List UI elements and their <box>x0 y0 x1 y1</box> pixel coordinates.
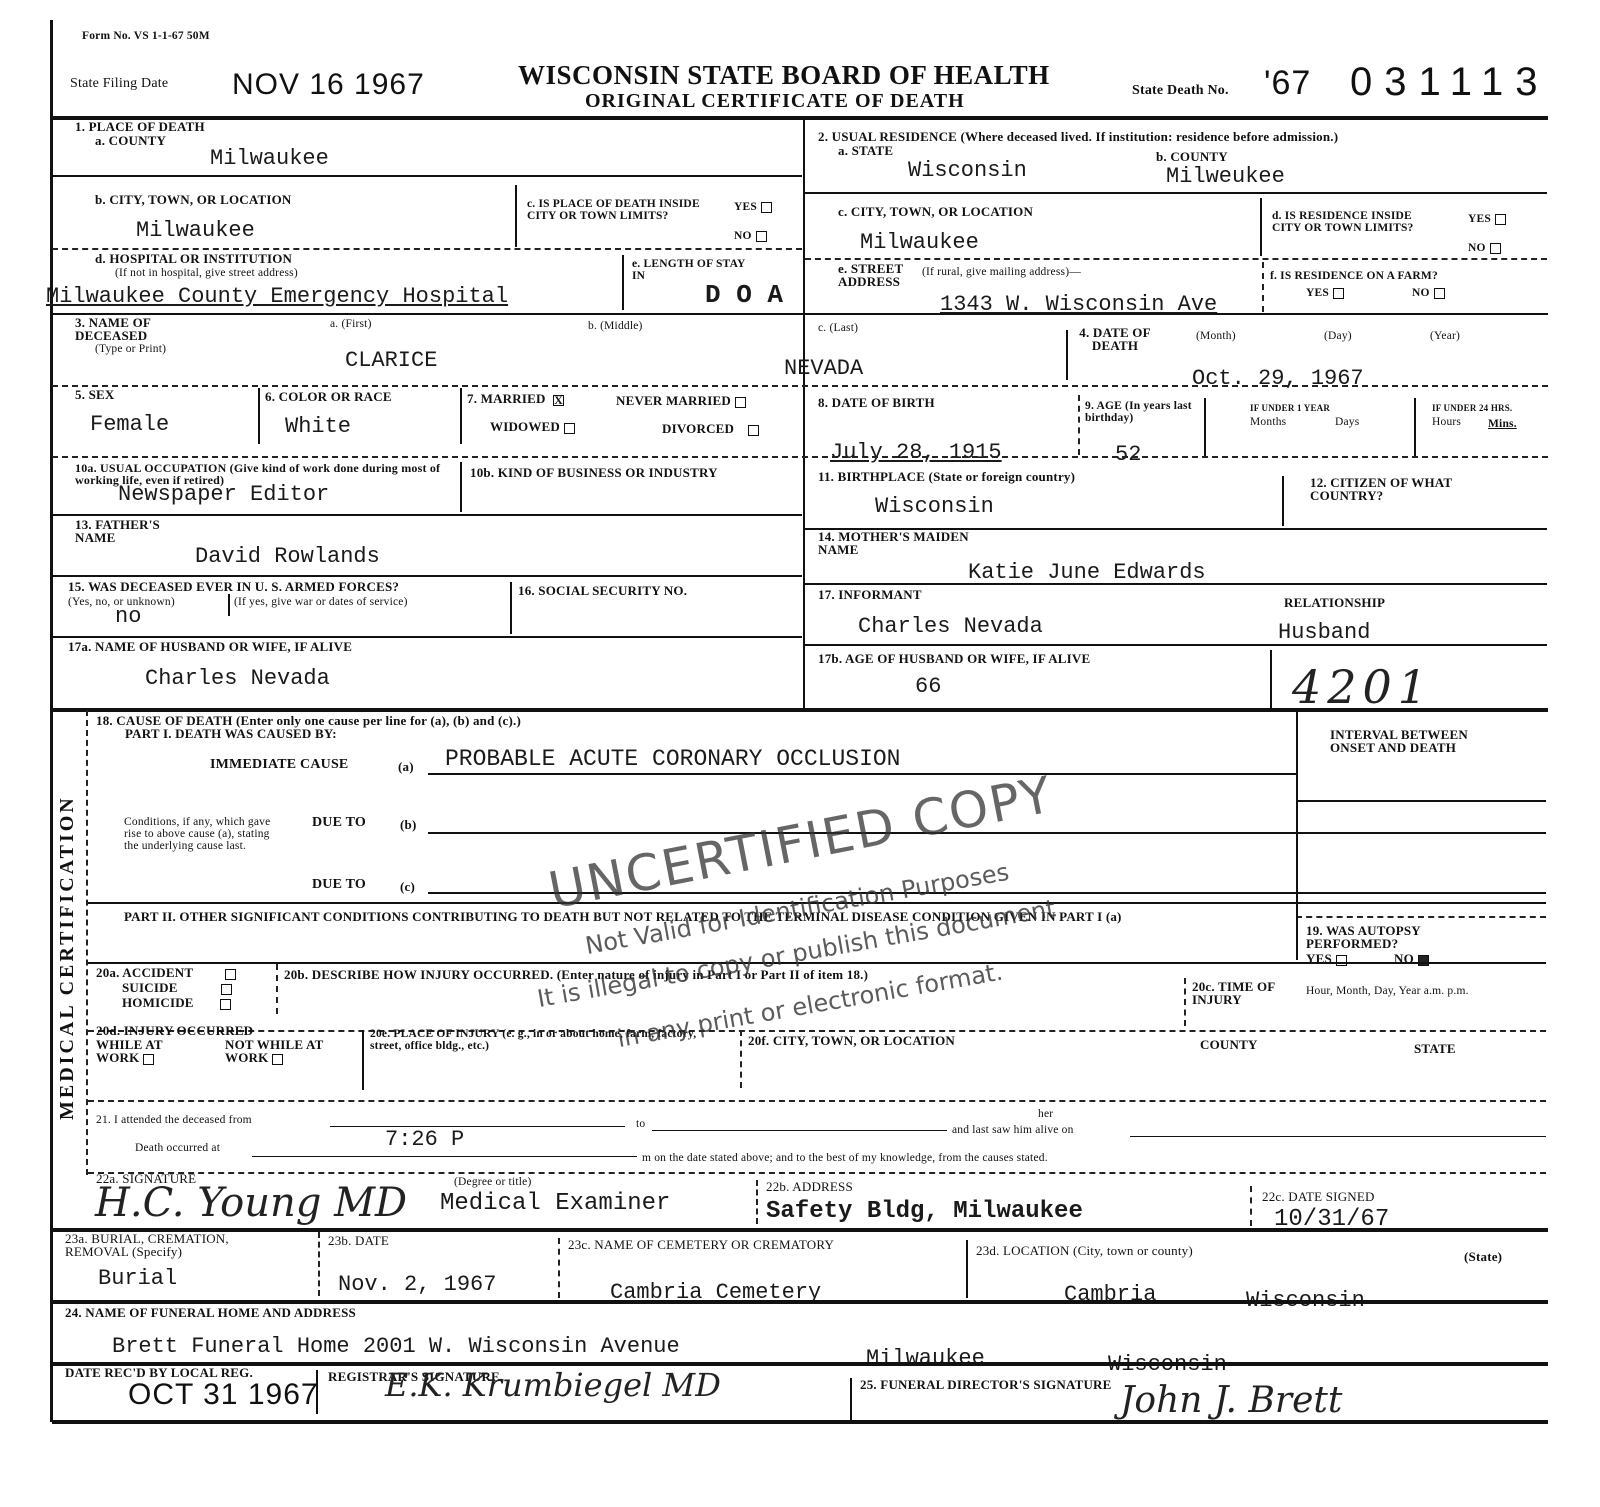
res-inside-yes[interactable]: YES <box>1468 213 1506 225</box>
spouse-age-label: 17b. AGE OF HUSBAND OR WIFE, IF ALIVE <box>818 652 1090 665</box>
dod-label: 4. DATE OF DEATH <box>1070 326 1160 352</box>
divider <box>805 644 1547 646</box>
death-number: 031113 <box>1350 60 1550 105</box>
divider <box>740 1030 742 1088</box>
res-state-value: Wisconsin <box>908 158 1027 183</box>
death-no-year: '67 <box>1264 64 1311 103</box>
immediate-cause-value: PROBABLE ACUTE CORONARY OCCLUSION <box>445 746 900 772</box>
inside-limits-label: c. IS PLACE OF DEATH INSIDE CITY OR TOWN… <box>527 198 712 222</box>
her-text: her <box>1038 1108 1053 1120</box>
dob-label: 8. DATE OF BIRTH <box>818 396 935 409</box>
sex-label: 5. SEX <box>75 388 115 401</box>
suicide-option[interactable]: SUICIDE <box>122 981 232 995</box>
injury-city-label: 20f. CITY, TOWN, OR LOCATION <box>748 1034 955 1047</box>
divider <box>276 964 278 1014</box>
stay-label: e. LENGTH OF STAY IN <box>632 258 752 282</box>
spouse-label: 17a. NAME OF HUSBAND OR WIFE, IF ALIVE <box>68 640 352 653</box>
divider <box>1066 330 1068 380</box>
burial-date-value: Nov. 2, 1967 <box>338 1272 496 1297</box>
farm-yes[interactable]: YES <box>1306 287 1344 299</box>
divider <box>428 773 1296 775</box>
while-at-work-option[interactable]: WHILE AT WORK <box>96 1038 176 1065</box>
funeral-city-value: Milwaukee <box>866 1346 985 1371</box>
divider <box>756 1180 758 1224</box>
divider <box>1296 916 1546 918</box>
place-of-death-label: 1. PLACE OF DEATH <box>75 120 205 133</box>
hours-label: Hours <box>1432 416 1461 428</box>
address-label: 22b. ADDRESS <box>766 1180 853 1193</box>
dob-value: July 28, 1915 <box>830 440 1002 465</box>
divider <box>52 385 1548 387</box>
dod-month-label: (Month) <box>1196 330 1236 342</box>
autopsy-label: 19. WAS AUTOPSY PERFORMED? <box>1306 924 1456 950</box>
injury-time-label: 20c. TIME OF INJURY <box>1192 980 1292 1006</box>
location-state-label: (State) <box>1464 1250 1502 1263</box>
attended-text: 21. I attended the deceased from <box>96 1114 252 1126</box>
funeral-home-value: Brett Funeral Home 2001 W. Wisconsin Ave… <box>112 1334 680 1359</box>
cause-b-label: (b) <box>400 818 417 831</box>
age-label: 9. AGE (In years last birthday) <box>1085 400 1205 424</box>
divider <box>86 710 88 1175</box>
interval-label: INTERVAL BETWEEN ONSET AND DEATH <box>1330 728 1510 754</box>
checkbox[interactable] <box>756 231 767 242</box>
divider <box>805 192 1547 194</box>
never-married-option[interactable]: NEVER MARRIED <box>616 394 746 408</box>
occupation-value: Newspaper Editor <box>118 482 329 507</box>
last-name-label: c. (Last) <box>818 322 858 334</box>
divider <box>52 708 1548 712</box>
divider <box>52 636 802 638</box>
checkbox[interactable] <box>1495 214 1506 225</box>
name-hint: (Type or Print) <box>95 343 166 355</box>
checkbox[interactable] <box>1333 288 1344 299</box>
dod-day-label: (Day) <box>1324 330 1352 342</box>
divider <box>1296 800 1546 802</box>
death-inside-yes[interactable]: YES <box>734 201 772 213</box>
days-label: Days <box>1335 416 1359 428</box>
divider <box>1270 650 1272 708</box>
mother-label: 14. MOTHER'S MAIDEN NAME <box>818 530 978 556</box>
checkbox[interactable] <box>220 999 231 1010</box>
divider <box>558 1238 560 1298</box>
middle-name-label: b. (Middle) <box>588 320 643 332</box>
checkbox[interactable] <box>1490 243 1501 254</box>
divider <box>1184 978 1186 1026</box>
last-saw-line <box>1130 1136 1546 1137</box>
divider <box>318 1232 320 1296</box>
mother-value: Katie June Edwards <box>968 560 1206 585</box>
degree-label: (Degree or title) <box>454 1176 531 1188</box>
checkbox[interactable] <box>761 202 772 213</box>
burial-value: Burial <box>98 1266 177 1291</box>
divider <box>52 1362 1548 1366</box>
divider <box>52 1420 1548 1424</box>
column-divider <box>803 118 805 710</box>
conditions-hint: Conditions, if any, which gave rise to a… <box>124 816 274 852</box>
left-border <box>50 20 53 1422</box>
divider <box>52 313 1548 315</box>
informant-label: 17. INFORMANT <box>818 588 922 601</box>
dod-year-label: (Year) <box>1430 330 1460 342</box>
location-label: 23d. LOCATION (City, town or county) <box>976 1244 1193 1257</box>
handwritten-code: 4201 <box>1292 660 1433 714</box>
divider <box>88 1172 1546 1174</box>
divider <box>622 255 624 310</box>
farm-no[interactable]: NO <box>1412 287 1445 299</box>
dod-value: Oct. 29, 1967 <box>1192 366 1364 391</box>
death-time-line <box>252 1156 637 1157</box>
injury-work-label: 20d. INJURY OCCURRED <box>96 1024 253 1037</box>
street-hint: (If rural, give mailing address)— <box>922 266 1081 278</box>
street-label: e. STREET ADDRESS <box>838 262 928 288</box>
divider <box>460 462 462 512</box>
birthplace-label: 11. BIRTHPLACE (State or foreign country… <box>818 470 1075 483</box>
relationship-value: Husband <box>1278 620 1370 645</box>
to-text: to <box>636 1118 645 1130</box>
armed-value: no <box>115 604 141 629</box>
divider <box>1414 398 1416 458</box>
divider <box>52 514 802 516</box>
age-value: 52 <box>1115 442 1141 467</box>
divorced-option[interactable]: DIVORCED <box>662 422 759 436</box>
first-name-label: a. (First) <box>330 318 372 330</box>
divider <box>805 258 1547 260</box>
homicide-option[interactable]: HOMICIDE <box>122 996 231 1010</box>
filing-date-label: State Filing Date <box>70 78 168 90</box>
divider <box>1204 398 1206 458</box>
divider <box>805 583 1547 585</box>
divider <box>258 388 260 444</box>
divider <box>52 575 802 577</box>
stay-value: D O A <box>705 280 783 310</box>
divider <box>1282 476 1284 526</box>
address-value: Safety Bldg, Milwaukee <box>766 1198 1083 1225</box>
armed-forces-label: 15. WAS DECEASED EVER IN U. S. ARMED FOR… <box>68 580 399 593</box>
death-no-label: State Death No. <box>1132 84 1229 97</box>
cause-c-label: (c) <box>400 880 415 893</box>
last-name-value: NEVADA <box>784 356 863 381</box>
attended-to-line <box>652 1130 947 1131</box>
divider <box>52 175 802 177</box>
cause-a-label: (a) <box>398 760 414 773</box>
divider <box>52 1228 1548 1232</box>
checkbox[interactable] <box>564 423 575 434</box>
sex-value: Female <box>90 412 169 437</box>
spouse-age-value: 66 <box>915 674 941 699</box>
under-1-label: IF UNDER 1 YEAR <box>1250 402 1330 414</box>
divider <box>52 248 802 250</box>
hospital-value: Milwaukee County Emergency Hospital <box>46 284 508 309</box>
widowed-option[interactable]: WIDOWED <box>490 420 575 434</box>
married-option[interactable]: 7. MARRIED X <box>467 392 564 406</box>
divider <box>88 1030 1546 1032</box>
part1-label: PART I. DEATH WAS CAUSED BY: <box>125 727 337 740</box>
burial-label: 23a. BURIAL, CREMATION, REMOVAL (Specify… <box>65 1232 265 1258</box>
res-city-label: c. CITY, TOWN, OR LOCATION <box>838 205 1033 218</box>
funeral-home-label: 24. NAME OF FUNERAL HOME AND ADDRESS <box>65 1306 356 1319</box>
checkbox[interactable] <box>272 1054 283 1065</box>
divider <box>460 388 462 444</box>
form-number: Form No. VS 1-1-67 50M <box>82 30 210 42</box>
divider <box>1260 198 1262 256</box>
document-subtitle: ORIGINAL CERTIFICATE OF DEATH <box>585 90 965 113</box>
race-value: White <box>285 414 351 439</box>
director-signature: John J. Brett <box>1120 1380 1342 1421</box>
checkbox[interactable] <box>221 984 232 995</box>
armed-hint-2: (If yes, give war or dates of service) <box>234 596 408 608</box>
injury-state-label: STATE <box>1414 1042 1456 1055</box>
cemetery-label: 23c. NAME OF CEMETERY OR CREMATORY <box>568 1238 834 1251</box>
accident-option[interactable]: 20a. ACCIDENT <box>96 966 236 980</box>
residence-label: 2. USUAL RESIDENCE (Where deceased lived… <box>818 130 1338 143</box>
checkbox[interactable] <box>225 969 236 980</box>
name-label: 3. NAME OF DECEASED <box>75 316 185 342</box>
divider <box>88 1100 1546 1102</box>
city-label: b. CITY, TOWN, OR LOCATION <box>95 193 292 206</box>
first-name-value: CLARICE <box>345 348 437 373</box>
under-24-label: IF UNDER 24 HRS. <box>1432 402 1512 414</box>
business-label: 10b. KIND OF BUSINESS OR INDUSTRY <box>470 466 718 479</box>
county-label: a. COUNTY <box>95 134 166 147</box>
hospital-hint: (If not in hospital, give street address… <box>115 267 298 279</box>
divider <box>515 185 517 247</box>
informant-value: Charles Nevada <box>858 614 1043 639</box>
months-label: Months <box>1250 416 1286 428</box>
due-to-c-label: DUE TO <box>312 878 366 891</box>
spouse-value: Charles Nevada <box>145 666 330 691</box>
due-to-b-label: DUE TO <box>312 816 366 829</box>
death-tail-text: m on the date stated above; and to the b… <box>642 1152 1048 1164</box>
divider <box>52 116 1548 120</box>
res-inside-label: d. IS RESIDENCE INSIDE CITY OR TOWN LIMI… <box>1272 210 1422 234</box>
divider <box>1296 710 1298 948</box>
race-label: 6. COLOR OR RACE <box>265 390 392 403</box>
checkbox[interactable] <box>748 425 759 436</box>
divider <box>1262 262 1264 312</box>
death-county-value: Milwaukee <box>210 146 329 171</box>
divider <box>362 1030 364 1090</box>
divider <box>52 456 1548 458</box>
res-city-value: Milwaukee <box>860 230 979 255</box>
checkbox[interactable] <box>1434 288 1445 299</box>
divider <box>966 1240 968 1298</box>
relationship-label: RELATIONSHIP <box>1284 596 1385 609</box>
death-city-value: Milwaukee <box>136 218 255 243</box>
death-inside-no[interactable]: NO <box>734 230 767 242</box>
immediate-cause-label: IMMEDIATE CAUSE <box>210 758 348 771</box>
father-value: David Rowlands <box>195 544 380 569</box>
res-inside-no[interactable]: NO <box>1468 242 1501 254</box>
divider <box>52 1300 1548 1304</box>
registrar-signature: E.K. Krumbiegel MD <box>385 1366 721 1404</box>
injury-time-hint: Hour, Month, Day, Year a.m. p.m. <box>1306 984 1516 998</box>
medical-certification-label: MEDICAL CERTIFICATION <box>56 795 79 1120</box>
birthplace-value: Wisconsin <box>875 494 994 519</box>
divider <box>1078 395 1080 455</box>
director-signature-label: 25. FUNERAL DIRECTOR'S SIGNATURE <box>860 1378 1112 1391</box>
divider <box>850 1378 852 1422</box>
divider <box>1296 916 1298 960</box>
married-checkbox[interactable]: X <box>553 395 564 406</box>
last-saw-text: and last saw him alive on <box>952 1124 1074 1136</box>
divider <box>1250 1186 1252 1226</box>
father-label: 13. FATHER'S NAME <box>75 518 185 544</box>
divider <box>228 594 230 616</box>
attended-from-line <box>330 1126 625 1127</box>
farm-label: f. IS RESIDENCE ON A FARM? <box>1270 270 1438 282</box>
hospital-label: d. HOSPITAL OR INSTITUTION <box>95 252 292 265</box>
divider <box>316 1370 318 1414</box>
death-time-value: 7:26 P <box>385 1127 464 1152</box>
recd-date-value: OCT 31 1967 <box>128 1378 319 1412</box>
ssn-label: 16. SOCIAL SECURITY NO. <box>518 584 687 597</box>
res-state-label: a. STATE <box>838 144 893 157</box>
degree-value: Medical Examiner <box>440 1190 670 1217</box>
mins-label: Mins. <box>1488 418 1517 430</box>
date-signed-label: 22c. DATE SIGNED <box>1262 1190 1375 1203</box>
checkbox[interactable] <box>143 1054 154 1065</box>
injury-county-label: COUNTY <box>1200 1038 1258 1051</box>
divider <box>510 582 512 634</box>
death-at-text: Death occurred at <box>135 1142 220 1154</box>
not-while-at-work-option[interactable]: NOT WHILE AT WORK <box>225 1038 335 1065</box>
citizen-label: 12. CITIZEN OF WHAT COUNTRY? <box>1310 476 1490 502</box>
filing-date: NOV 16 1967 <box>232 68 425 102</box>
document-title: WISCONSIN STATE BOARD OF HEALTH <box>518 60 1050 91</box>
physician-signature: H.C. Young MD <box>95 1180 407 1226</box>
res-county-label: b. COUNTY <box>1156 150 1228 163</box>
burial-date-label: 23b. DATE <box>328 1234 389 1247</box>
res-county-value: Milweukee <box>1166 164 1285 189</box>
checkbox[interactable] <box>735 397 746 408</box>
